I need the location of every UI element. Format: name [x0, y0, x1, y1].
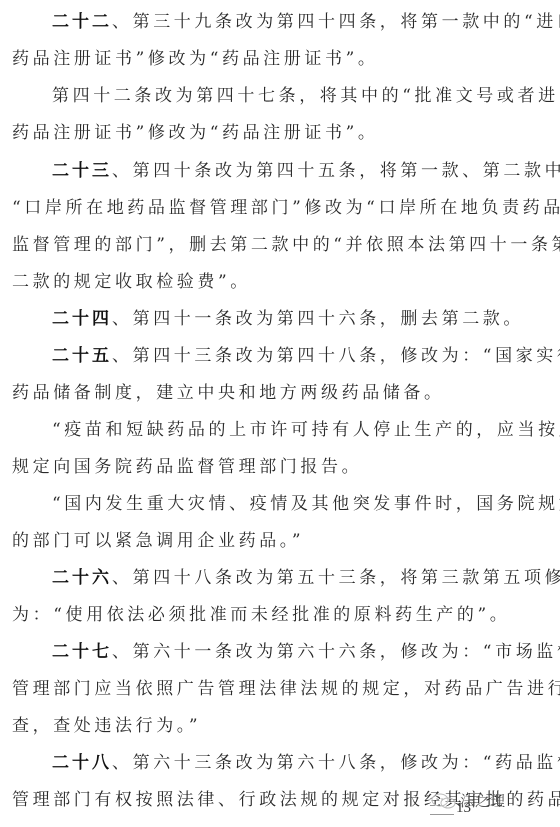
- line-text: 药品储备制度，建立中央和地方两级药品储备。: [12, 383, 445, 403]
- line-text: “疫苗和短缺药品的上市许可持有人停止生产的，应当按照: [52, 420, 560, 440]
- text-line: 二款的规定收取检验费”。: [12, 271, 548, 293]
- text-line: 药品储备制度，建立中央和地方两级药品储备。: [12, 382, 548, 404]
- line-text: 、第六十三条改为第六十八条，修改为：“药品监督: [112, 753, 560, 773]
- line-text: 、第四十三条改为第四十八条，修改为：“国家实行: [112, 346, 560, 366]
- text-line: 的部门可以紧急调用企业药品。”: [12, 530, 548, 552]
- watermark-text: 法之理: [460, 790, 505, 811]
- line-text: 第四十二条改为第四十七条，将其中的“批准文号或者进口: [52, 86, 560, 106]
- text-line: “国内发生重大灾情、疫情及其他突发事件时，国务院规定: [52, 493, 548, 515]
- line-text: 、第四十八条改为第五十三条，将第三款第五项修改: [112, 568, 560, 588]
- line-text: 管理部门应当依照广告管理法律法规的规定，对药品广告进行检: [12, 679, 560, 699]
- line-text: 、第四十一条改为第四十六条，删去第二款。: [112, 309, 524, 329]
- text-line: 药品注册证书”修改为“药品注册证书”。: [12, 122, 548, 144]
- text-line: 监督管理的部门”，删去第二款中的“并依照本法第四十一条第: [12, 234, 548, 256]
- article-heading-line: 二十二、第三十九条改为第四十四条，将第一款中的“进口: [52, 11, 548, 33]
- article-number: 二十六: [52, 568, 112, 588]
- article-number: 二十七: [52, 642, 112, 662]
- article-number: 二十八: [52, 753, 112, 773]
- article-heading-line: 二十八、第六十三条改为第六十八条，修改为：“药品监督: [52, 752, 548, 774]
- page-footer: 13 法之理: [430, 790, 540, 818]
- document-page: 二十二、第三十九条改为第四十四条，将第一款中的“进口药品注册证书”修改为“药品注…: [0, 0, 560, 827]
- article-number: 二十四: [52, 309, 112, 329]
- text-line: “口岸所在地药品监督管理部门”修改为“口岸所在地负责药品: [12, 197, 548, 219]
- article-number: 二十五: [52, 346, 112, 366]
- line-text: 的部门可以紧急调用企业药品。”: [12, 531, 304, 551]
- article-heading-line: 二十三、第四十条改为第四十五条，将第一款、第二款中的: [52, 160, 548, 182]
- article-number: 二十二: [52, 12, 112, 32]
- line-text: 、第四十条改为第四十五条，将第一款、第二款中的: [112, 161, 560, 181]
- text-line: 规定向国务院药品监督管理部门报告。: [12, 456, 548, 478]
- text-line: 为：“使用依法必须批准而未经批准的原料药生产的”。: [12, 604, 548, 626]
- footer-rule: [430, 814, 454, 815]
- line-text: 查，查处违法行为。”: [12, 716, 201, 736]
- line-text: “口岸所在地药品监督管理部门”修改为“口岸所在地负责药品: [12, 198, 560, 218]
- line-text: 药品注册证书”修改为“药品注册证书”。: [12, 49, 378, 69]
- text-line: 药品注册证书”修改为“药品注册证书”。: [12, 48, 548, 70]
- article-heading-line: 二十七、第六十一条改为第六十六条，修改为：“市场监督: [52, 641, 548, 663]
- line-text: 监督管理的部门”，删去第二款中的“并依照本法第四十一条第: [12, 235, 560, 255]
- line-text: 二款的规定收取检验费”。: [12, 272, 251, 292]
- text-line: “疫苗和短缺药品的上市许可持有人停止生产的，应当按照: [52, 419, 548, 441]
- text-line: 管理部门应当依照广告管理法律法规的规定，对药品广告进行检: [12, 678, 548, 700]
- line-text: 为：“使用依法必须批准而未经批准的原料药生产的”。: [12, 605, 510, 625]
- article-heading-line: 二十四、第四十一条改为第四十六条，删去第二款。: [52, 308, 548, 330]
- line-text: 药品注册证书”修改为“药品注册证书”。: [12, 123, 378, 143]
- article-heading-line: 二十五、第四十三条改为第四十八条，修改为：“国家实行: [52, 345, 548, 367]
- line-text: 、第六十一条改为第六十六条，修改为：“市场监督: [112, 642, 560, 662]
- line-text: 、第三十九条改为第四十四条，将第一款中的“进口: [112, 12, 560, 32]
- wechat-icon: [430, 792, 458, 810]
- line-text: “国内发生重大灾情、疫情及其他突发事件时，国务院规定: [52, 494, 560, 514]
- article-heading-line: 二十六、第四十八条改为第五十三条，将第三款第五项修改: [52, 567, 548, 589]
- text-line: 查，查处违法行为。”: [12, 715, 548, 737]
- text-line: 第四十二条改为第四十七条，将其中的“批准文号或者进口: [52, 85, 548, 107]
- article-number: 二十三: [52, 161, 112, 181]
- line-text: 规定向国务院药品监督管理部门报告。: [12, 457, 362, 477]
